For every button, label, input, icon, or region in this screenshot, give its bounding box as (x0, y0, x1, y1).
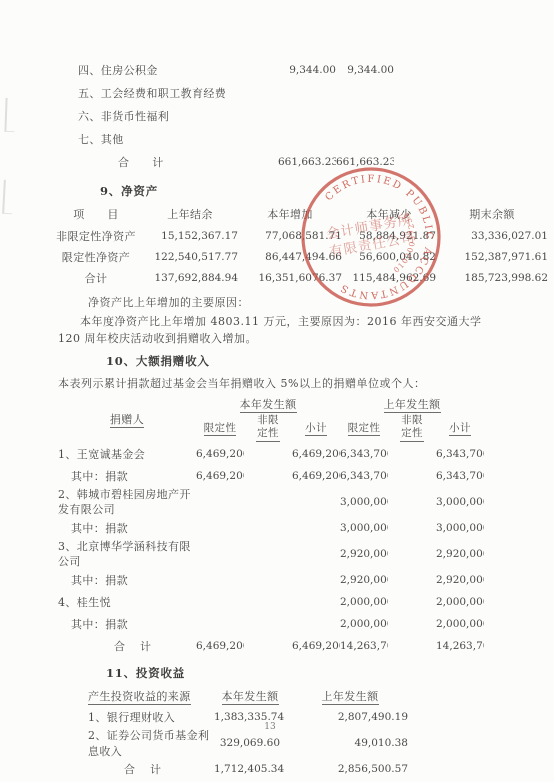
prior-restricted: 2,000,000.00 (340, 591, 388, 613)
section-title-investment: 11、投资收益 (106, 665, 554, 681)
expense-prior-amount (336, 104, 394, 127)
prior-subtotal: 2,920,000.00 (436, 569, 484, 591)
cur-restricted: 6,469,200.00 (196, 443, 244, 465)
prior-subtotal: 2,920,000.00 (436, 539, 484, 569)
donations-table: 捐赠人 本年发生额 上年发生额 限定性 非限定性 小计 限定性 非限定性 小计 … (58, 395, 484, 657)
donation-sub-row: 其中：捐款 6,469,200.00 6,469,200.00 6,343,70… (58, 465, 484, 487)
cur-subtotal (292, 539, 340, 569)
col-header-unrestricted: 非限定性 (244, 413, 292, 443)
cur-subtotal (292, 517, 340, 539)
group-header-row: 捐赠人 本年发生额 上年发生额 (58, 395, 484, 413)
prior-unrestricted (388, 487, 436, 517)
cur-restricted (196, 487, 244, 517)
prior-subtotal: 2,000,000.00 (436, 613, 484, 635)
item-name: 限定性净资产 (50, 246, 142, 267)
col-header-donor: 捐赠人 (58, 395, 196, 443)
cur-unrestricted (244, 591, 292, 613)
col-header-source: 产生投资收益的来源 (88, 685, 214, 707)
cur-subtotal (292, 613, 340, 635)
donor-name: 3、北京博华学涵科技有限公司 (58, 539, 196, 569)
donor-name: 2、韩城市碧桂园房地产开发有限公司 (58, 487, 196, 517)
prior-restricted: 3,000,000.00 (340, 487, 388, 517)
ending-balance: 185,723,998.62 (436, 267, 548, 288)
col-header-restricted: 限定性 (196, 413, 244, 443)
prior-subtotal: 3,000,000.00 (436, 517, 484, 539)
total-current-amount: 661,663.23 (278, 150, 336, 173)
cur-subtotal (292, 591, 340, 613)
prior-balance: 122,540,517.77 (142, 246, 238, 267)
total-current-amount: 1,712,405.34 (214, 759, 286, 779)
ending-balance: 33,336,027.01 (436, 225, 548, 246)
decrease-amount: 56,600,040.82 (342, 246, 436, 267)
net-assets-table: 项 目 上年结余 本年增加 本年减少 期末余额 非限定性净资产 15,152,3… (50, 203, 548, 288)
col-header-prior-balance: 上年结余 (142, 203, 238, 225)
decrease-amount: 115,484,962.69 (342, 267, 436, 288)
cur-subtotal (292, 487, 340, 517)
table-row: 非限定性净资产 15,152,367.17 77,068,581.71 58,8… (50, 225, 548, 246)
donation-sub-row: 其中：捐款 3,000,000.00 3,000,000.00 (58, 517, 484, 539)
donor-name: 4、桂生悦 (58, 591, 196, 613)
donor-name: 其中：捐款 (58, 569, 196, 591)
prior-unrestricted (388, 443, 436, 465)
expense-prior-amount (336, 127, 394, 150)
table-row: 六、非货币性福利 (78, 104, 394, 127)
expense-prior-amount (336, 81, 394, 104)
table-row: 七、其他 (78, 127, 394, 150)
expense-total-row: 合 计 661,663.23 661,663.23 (78, 150, 394, 173)
prior-balance: 15,152,367.17 (142, 225, 238, 246)
ending-balance: 152,387,971.61 (436, 246, 548, 267)
prior-unrestricted (388, 569, 436, 591)
donation-row: 4、桂生悦 2,000,000.00 2,000,000.00 (58, 591, 484, 613)
prior-unrestricted (388, 465, 436, 487)
cur-subtotal: 6,469,200.00 (292, 443, 340, 465)
prior-unrestricted (388, 591, 436, 613)
scanned-report-page: 四、住房公积金 9,344.00 9,344.00 五、工会经费和职工教育经费 … (0, 0, 554, 782)
section-title-donations: 10、大额捐赠收入 (106, 353, 554, 369)
total-label: 合 计 (58, 635, 196, 657)
table-header-row: 项 目 上年结余 本年增加 本年减少 期末余额 (50, 203, 548, 225)
scan-artifact (2, 180, 14, 214)
donor-name: 1、王宽诚基金会 (58, 443, 196, 465)
table-row: 限定性净资产 122,540,517.77 86,447,494.66 56,6… (50, 246, 548, 267)
col-header-unrestricted: 非限定性 (388, 413, 436, 443)
prior-unrestricted (388, 517, 436, 539)
prior-restricted: 3,000,000.00 (340, 517, 388, 539)
col-group-prior-year: 上年发生额 (340, 395, 484, 413)
section-title-net-assets: 9、净资产 (100, 183, 554, 199)
cur-restricted: 6,469,200.00 (196, 635, 244, 657)
col-header-ending-balance: 期末余额 (436, 203, 548, 225)
prior-subtotal: 2,000,000.00 (436, 591, 484, 613)
increase-amount: 16,351,6076.37 (238, 267, 342, 288)
donation-sub-row: 其中：捐款 2,000,000.00 2,000,000.00 (58, 613, 484, 635)
total-prior-amount: 661,663.23 (336, 150, 394, 173)
donation-row: 1、王宽诚基金会 6,469,200.00 6,469,200.00 6,343… (58, 443, 484, 465)
cur-unrestricted (244, 517, 292, 539)
col-header-current-year: 本年发生额 (214, 685, 286, 707)
prior-unrestricted (388, 613, 436, 635)
cur-unrestricted (244, 487, 292, 517)
donations-intro: 本表列示累计捐款超过基金会当年捐赠收入 5%以上的捐赠单位或个人： (58, 375, 518, 391)
increase-amount: 77,068,581.71 (238, 225, 342, 246)
prior-subtotal: 14,263,700.00 (436, 635, 484, 657)
prior-subtotal: 3,000,000.00 (436, 487, 484, 517)
expense-items-table: 四、住房公积金 9,344.00 9,344.00 五、工会经费和职工教育经费 … (78, 58, 394, 173)
col-header-subtotal: 小计 (436, 413, 484, 443)
donor-name: 其中：捐款 (58, 613, 196, 635)
decrease-amount: 58,884,921.87 (342, 225, 436, 246)
expense-current-amount (278, 104, 336, 127)
expense-prior-amount: 9,344.00 (336, 58, 394, 81)
expense-label: 七、其他 (78, 127, 278, 150)
table-row: 五、工会经费和职工教育经费 (78, 81, 394, 104)
cur-restricted (196, 613, 244, 635)
investment-total-row: 合 计 1,712,405.34 2,856,500.57 (88, 759, 414, 779)
cur-restricted (196, 591, 244, 613)
donation-row: 2、韩城市碧桂园房地产开发有限公司 3,000,000.00 3,000,000… (58, 487, 484, 517)
item-name: 非限定性净资产 (50, 225, 142, 246)
prior-restricted: 6,343,700.00 (340, 465, 388, 487)
cur-subtotal (292, 569, 340, 591)
cur-unrestricted (244, 613, 292, 635)
donation-row: 3、北京博华学涵科技有限公司 2,920,000.00 2,920,000.00 (58, 539, 484, 569)
donor-name: 其中：捐款 (58, 465, 196, 487)
cur-restricted (196, 569, 244, 591)
prior-restricted: 14,263,700.00 (340, 635, 388, 657)
col-header-decrease: 本年减少 (342, 203, 436, 225)
col-header-prior-year: 上年发生额 (286, 685, 414, 707)
expense-current-amount: 9,344.00 (278, 58, 336, 81)
prior-unrestricted (388, 539, 436, 569)
donations-total-row: 合 计 6,469,200.00 6,469,200.00 14,263,700… (58, 635, 484, 657)
expense-label: 四、住房公积金 (78, 58, 278, 81)
col-group-current-year: 本年发生额 (196, 395, 340, 413)
prior-restricted: 2,000,000.00 (340, 613, 388, 635)
donation-sub-row: 其中：捐款 2,920,000.00 2,920,000.00 (58, 569, 484, 591)
total-label: 合 计 (78, 150, 278, 173)
table-header-row: 产生投资收益的来源 本年发生额 上年发生额 (88, 685, 414, 707)
scan-artifact (4, 98, 15, 132)
expense-current-amount (278, 81, 336, 104)
expense-current-amount (278, 127, 336, 150)
donor-name: 其中：捐款 (58, 517, 196, 539)
cur-unrestricted (244, 443, 292, 465)
cur-subtotal: 6,469,200.00 (292, 465, 340, 487)
prior-restricted: 6,343,700.00 (340, 443, 388, 465)
cur-unrestricted (244, 635, 292, 657)
col-header-item: 项 目 (50, 203, 142, 225)
prior-subtotal: 6,343,700.00 (436, 465, 484, 487)
cur-unrestricted (244, 569, 292, 591)
prior-restricted: 2,920,000.00 (340, 569, 388, 591)
reason-heading: 净资产比上年增加的主要原因： (88, 294, 554, 310)
prior-balance: 137,692,884.94 (142, 267, 238, 288)
cur-unrestricted (244, 465, 292, 487)
total-label: 合 计 (88, 759, 214, 779)
total-prior-amount: 2,856,500.57 (286, 759, 414, 779)
cur-unrestricted (244, 539, 292, 569)
expense-label: 五、工会经费和职工教育经费 (78, 81, 278, 104)
investment-table: 产生投资收益的来源 本年发生额 上年发生额 1、银行理财收入 1,383,335… (88, 685, 414, 779)
net-assets-total-row: 合计 137,692,884.94 16,351,6076.37 115,484… (50, 267, 548, 288)
total-label: 合计 (50, 267, 142, 288)
table-row: 四、住房公积金 9,344.00 9,344.00 (78, 58, 394, 81)
cur-restricted (196, 539, 244, 569)
col-header-increase: 本年增加 (238, 203, 342, 225)
increase-amount: 86,447,494.66 (238, 246, 342, 267)
prior-unrestricted (388, 635, 436, 657)
prior-subtotal: 6,343,700.00 (436, 443, 484, 465)
cur-restricted: 6,469,200.00 (196, 465, 244, 487)
expense-label: 六、非货币性福利 (78, 104, 278, 127)
page-number: 13 (0, 722, 540, 732)
col-header-subtotal: 小计 (292, 413, 340, 443)
cur-restricted (196, 517, 244, 539)
reason-paragraph: 本年度净资产比上年增加 4803.11 万元，主要原因为：2016 年西安交通大… (58, 313, 494, 347)
cur-subtotal: 6,469,200.00 (292, 635, 340, 657)
col-header-restricted: 限定性 (340, 413, 388, 443)
prior-restricted: 2,920,000.00 (340, 539, 388, 569)
